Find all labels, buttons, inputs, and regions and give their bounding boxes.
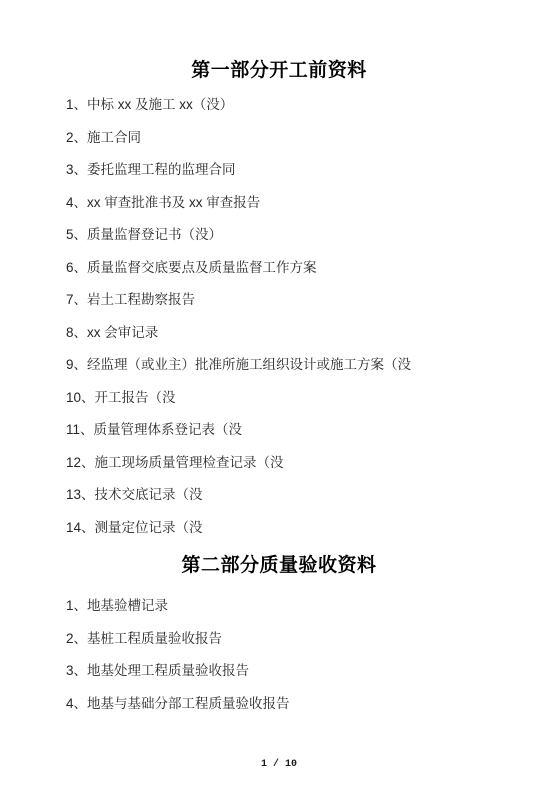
list-item: 7、岩土工程勘察报告 (66, 292, 558, 307)
list-item: 3、委托监理工程的监理合同 (66, 162, 558, 177)
section-preconstruction: 第一部分开工前资料 1、中标 xx 及施工 xx（没） 2、施工合同 3、委托监… (0, 57, 558, 535)
item-list: 1、地基验槽记录 2、基桩工程质量验收报告 3、地基处理工程质量验收报告 4、地… (66, 598, 558, 711)
list-item: 9、经监理（或业主）批准所施工组织设计或施工方案（没 (66, 357, 558, 372)
list-item: 6、质量监督交底要点及质量监督工作方案 (66, 260, 558, 275)
list-item: 10、开工报告（没 (66, 390, 558, 405)
list-item: 5、质量监督登记书（没） (66, 227, 558, 242)
section-title: 第二部分质量验收资料 (0, 552, 558, 579)
list-item: 1、中标 xx 及施工 xx（没） (66, 97, 558, 112)
document-page: 第一部分开工前资料 1、中标 xx 及施工 xx（没） 2、施工合同 3、委托监… (0, 0, 558, 793)
list-item: 14、测量定位记录（没 (66, 520, 558, 535)
list-item: 1、地基验槽记录 (66, 598, 558, 613)
list-item: 2、施工合同 (66, 130, 558, 145)
list-item: 2、基桩工程质量验收报告 (66, 631, 558, 646)
list-item: 13、技术交底记录（没 (66, 487, 558, 502)
document-content: 第一部分开工前资料 1、中标 xx 及施工 xx（没） 2、施工合同 3、委托监… (0, 0, 558, 711)
list-item: 12、施工现场质量管理检查记录（没 (66, 455, 558, 470)
list-item: 8、xx 会审记录 (66, 325, 558, 340)
page-number: 1 / 10 (0, 759, 558, 770)
list-item: 4、xx 审查批准书及 xx 审查报告 (66, 195, 558, 210)
list-item: 4、地基与基础分部工程质量验收报告 (66, 696, 558, 711)
section-title: 第一部分开工前资料 (0, 57, 558, 84)
list-item: 3、地基处理工程质量验收报告 (66, 663, 558, 678)
section-quality-acceptance: 第二部分质量验收资料 1、地基验槽记录 2、基桩工程质量验收报告 3、地基处理工… (0, 552, 558, 711)
list-item: 11、质量管理体系登记表（没 (66, 422, 558, 437)
item-list: 1、中标 xx 及施工 xx（没） 2、施工合同 3、委托监理工程的监理合同 4… (66, 97, 558, 535)
